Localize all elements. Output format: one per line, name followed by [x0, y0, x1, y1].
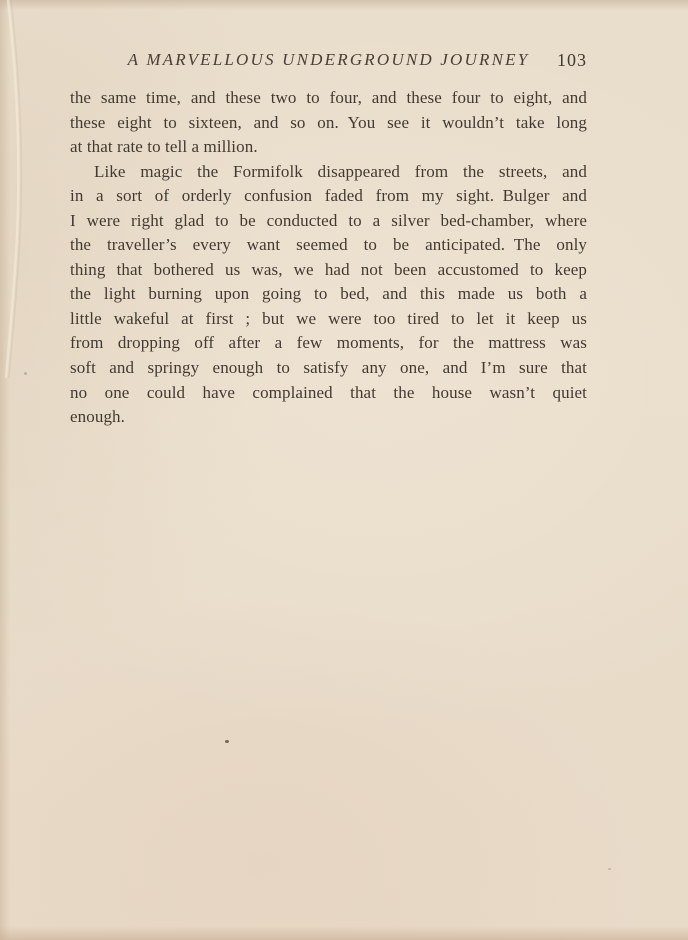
- ink-speck: [24, 372, 27, 375]
- page-number: 103: [557, 50, 587, 71]
- running-head-title: A MARVELLOUS UNDERGROUND JOURNEY: [128, 50, 530, 69]
- page-top-edge-shading: [0, 0, 688, 10]
- running-head: A MARVELLOUS UNDERGROUND JOURNEY 103: [70, 50, 587, 74]
- ink-speck: [608, 868, 611, 870]
- text-line: the traveller’s every want seemed to be …: [70, 233, 587, 258]
- text-line: the light burning upon going to bed, and…: [70, 282, 587, 307]
- paragraph: the same time, and these two to four, an…: [70, 86, 587, 160]
- ink-speck: [225, 740, 229, 743]
- text-line: from dropping off after a few moments, f…: [70, 331, 587, 356]
- text-line: little wakeful at first ; but we were to…: [70, 307, 587, 332]
- paragraph: Like magic the Formifolk disappeared fro…: [70, 160, 587, 430]
- text-line: thing that bothered us was, we had not b…: [70, 258, 587, 283]
- text-line: enough.: [70, 405, 587, 430]
- text-line: soft and springy enough to satisfy any o…: [70, 356, 587, 381]
- text-line: at that rate to tell a million.: [70, 135, 587, 160]
- page-curl-crease: [0, 0, 40, 380]
- text-line: in a sort of orderly confusion faded fro…: [70, 184, 587, 209]
- page-bottom-edge-shading: [0, 926, 688, 940]
- text-line: no one could have complained that the ho…: [70, 381, 587, 406]
- scanned-book-page: A MARVELLOUS UNDERGROUND JOURNEY 103 the…: [0, 0, 688, 940]
- text-line: these eight to sixteen, and so on. You s…: [70, 111, 587, 136]
- text-line: the same time, and these two to four, an…: [70, 86, 587, 111]
- text-block: the same time, and these two to four, an…: [70, 86, 587, 430]
- text-line: Like magic the Formifolk disappeared fro…: [70, 160, 587, 185]
- text-line: I were right glad to be conducted to a s…: [70, 209, 587, 234]
